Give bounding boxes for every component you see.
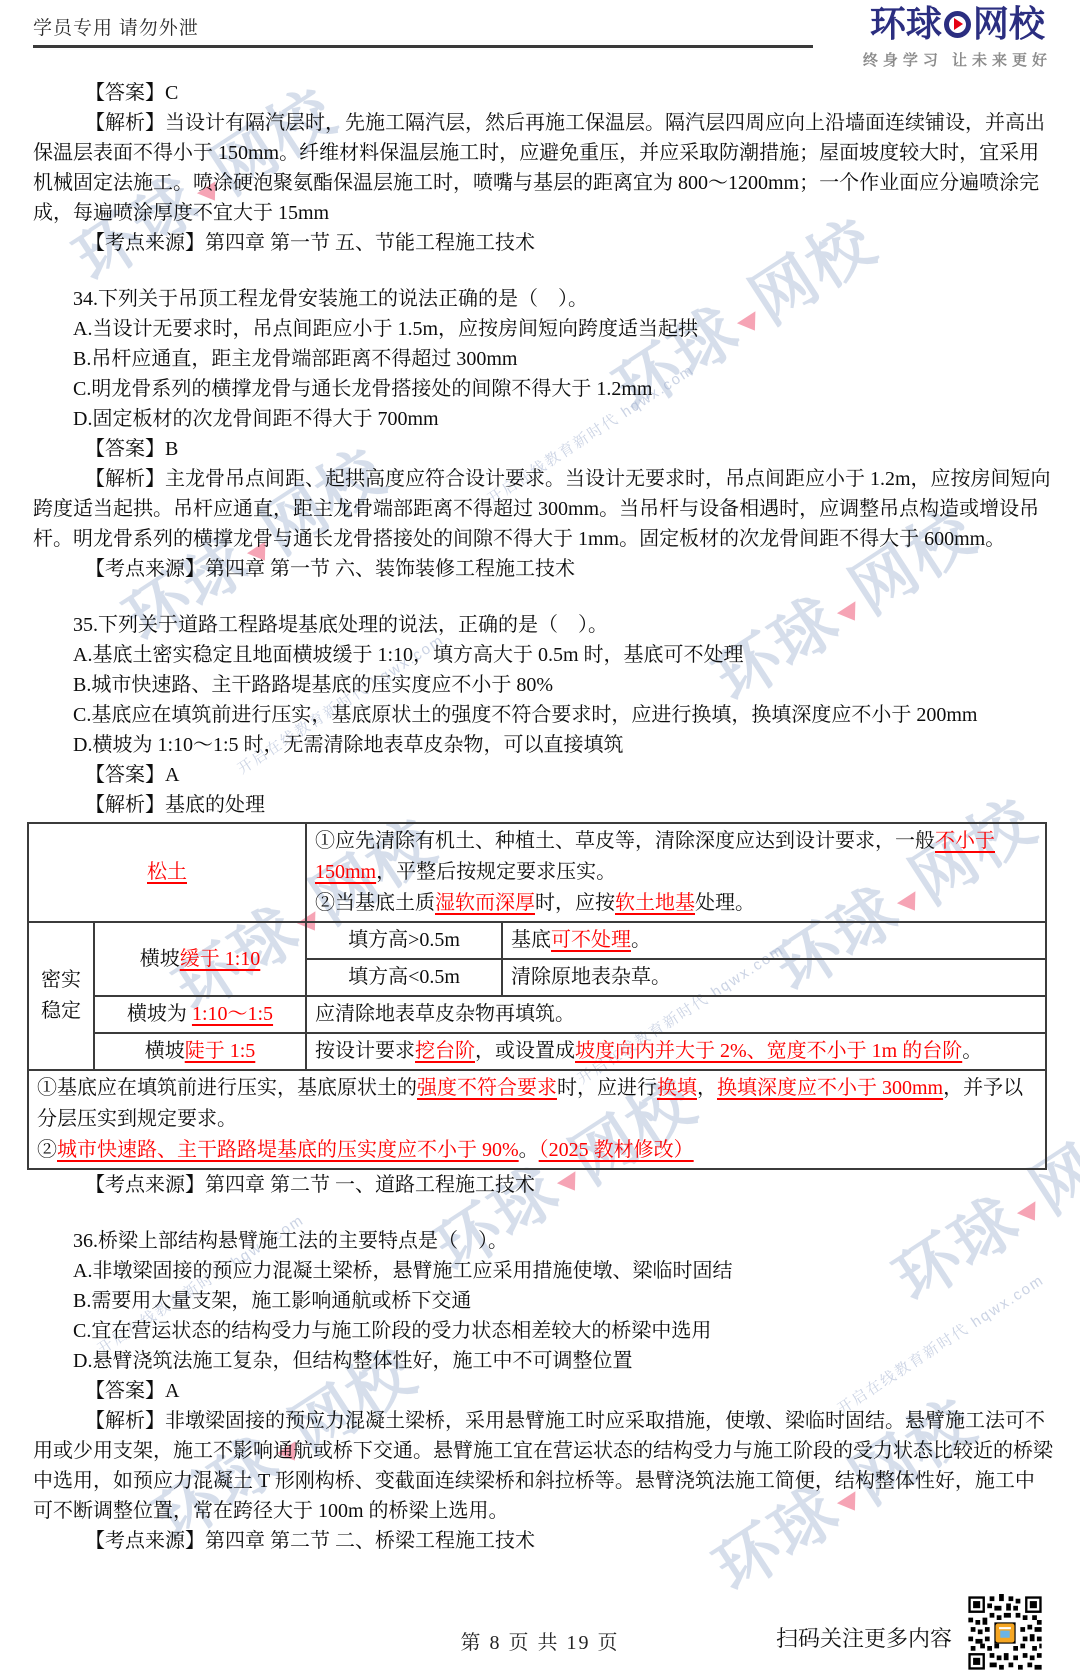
text-run: ②当基底土质	[315, 892, 435, 914]
text-run: 时，应进行	[557, 1077, 657, 1099]
highlight-run: 缓于 1:10	[180, 948, 261, 970]
question-36-option-a: A.非墩梁固接的预应力混凝土梁桥，悬臂施工应采用措施使墩、梁临时固结	[33, 1256, 1053, 1286]
cell-slope-steeper: 横坡陡于 1:5	[94, 1033, 306, 1070]
text-run: 时，应按	[535, 892, 615, 914]
text-run: 。	[631, 929, 651, 951]
dense-label-line1: 密实	[37, 965, 85, 996]
source-q35: 【考点来源】第四章 第二节 一、道路工程施工技术	[33, 1170, 1053, 1200]
logo-part2: 网校	[973, 4, 1045, 44]
question-35-option-c: C.基底应在填筑前进行压实，基底原状土的强度不符合要求时，应进行换填，换填深度应…	[33, 700, 1053, 730]
table-row: ①基底应在填筑前进行压实，基底原状土的强度不符合要求时，应进行换填，换填深度应不…	[28, 1070, 1046, 1169]
header-divider	[33, 45, 813, 48]
highlight-run: 强度不符合要求	[417, 1077, 557, 1099]
text-run: 按设计要求	[315, 1040, 415, 1062]
qr-caption: 扫码关注更多内容	[776, 1624, 952, 1654]
answer-q36: 【答案】A	[33, 1376, 1053, 1406]
dense-label-line2: 稳定	[37, 996, 85, 1027]
text-run: ①应先清除有机土、种植土、草皮等，清除深度应达到设计要求，一般	[315, 830, 935, 852]
analysis-q36: 【解析】非墩梁固接的预应力混凝土梁桥，采用悬臂施工时应采取措施，使墩、梁临时固结…	[33, 1406, 1053, 1526]
qr-code	[966, 1594, 1044, 1672]
text-run: ②	[37, 1139, 57, 1161]
question-35-option-a: A.基底土密实稳定且地面横坡缓于 1:10，填方高大于 0.5m 时，基底可不处…	[33, 640, 1053, 670]
text-run: 横坡	[145, 1040, 185, 1062]
logo-part1: 环球	[870, 4, 942, 44]
cell-loose-soil-treatment: ①应先清除有机土、种植土、草皮等，清除深度应达到设计要求，一般不小于 150mm…	[306, 823, 1046, 922]
cell-dense-stable: 密实 稳定	[28, 922, 94, 1070]
analysis-q35-label: 【解析】基底的处理	[33, 790, 1053, 820]
question-36-option-b: B.需要用大量支架，施工影响通航或桥下交通	[33, 1286, 1053, 1316]
table-row: 横坡陡于 1:5 按设计要求挖台阶，或设置成坡度向内并大于 2%、宽度不小于 1…	[28, 1033, 1046, 1070]
highlight-run: 1:10～1:5	[192, 1003, 273, 1025]
highlight-run: 挖台阶	[415, 1040, 475, 1062]
highlight-run: 陡于 1:5	[185, 1040, 256, 1062]
text-run: ，	[697, 1077, 717, 1099]
highlight-run: 换填	[657, 1077, 697, 1099]
brand-logo-text: 环球 网校	[863, 4, 1052, 44]
note-line-1: ①基底应在填筑前进行压实，基底原状土的强度不符合要求时，应进行换填，换填深度应不…	[37, 1073, 1037, 1135]
highlight-run: 软土地基	[615, 892, 695, 914]
cell-slope-gentler: 横坡缓于 1:10	[94, 922, 306, 996]
cell-act-mid: 应清除地表草皮杂物再填筑。	[306, 996, 1046, 1033]
cell-fill-gt: 填方高>0.5m	[306, 922, 502, 959]
subgrade-treatment-table: 松土 ①应先清除有机土、种植土、草皮等，清除深度应达到设计要求，一般不小于 15…	[27, 822, 1047, 1170]
source-q36: 【考点来源】第四章 第二节 二、桥梁工程施工技术	[33, 1526, 1053, 1556]
document-content: 【答案】C 【解析】当设计有隔汽层时，先施工隔汽层，然后再施工保温层。隔汽层四周…	[0, 72, 1080, 1556]
highlight-run: 换填深度应不小于 300mm	[717, 1077, 943, 1099]
text-run: 。	[519, 1139, 539, 1161]
cell-act-gt: 基底可不处理。	[502, 922, 1046, 959]
text-run: 基底	[511, 929, 551, 951]
cell-act-lt: 清除原地表杂草。	[502, 959, 1046, 996]
text-run: ，或设置成	[475, 1040, 575, 1062]
highlight-run: 湿软而深厚	[435, 892, 535, 914]
brand-logo: 环球 网校 终身学习 让未来更好	[863, 4, 1052, 76]
treatment-line-1: ①应先清除有机土、种植土、草皮等，清除深度应达到设计要求，一般不小于 150mm…	[315, 826, 1037, 888]
question-35-option-d: D.横坡为 1:10～1:5 时，无需清除地表草皮杂物，可以直接填筑	[33, 730, 1053, 760]
table-row: 密实 稳定 横坡缓于 1:10 填方高>0.5m 基底可不处理。	[28, 922, 1046, 959]
highlight-run: 可不处理	[551, 929, 631, 951]
text-run: 横坡	[140, 948, 180, 970]
question-36-option-c: C.宜在营运状态的结构受力与施工阶段的受力状态相差较大的桥梁中选用	[33, 1316, 1053, 1346]
question-34-option-d: D.固定板材的次龙骨间距不得大于 700mm	[33, 404, 1053, 434]
cell-table-notes: ①基底应在填筑前进行压实，基底原状土的强度不符合要求时，应进行换填，换填深度应不…	[28, 1070, 1046, 1169]
confidential-note: 学员专用 请勿外泄	[33, 14, 199, 44]
text-run: 处理。	[695, 892, 755, 914]
question-36-stem: 36.桥梁上部结构悬臂施工法的主要特点是（ ）。	[33, 1226, 1053, 1256]
highlight-run: 城市快速路、主干路路堤基底的压实度应不小于 90%	[57, 1139, 519, 1161]
table-row: 松土 ①应先清除有机土、种植土、草皮等，清除深度应达到设计要求，一般不小于 15…	[28, 823, 1046, 922]
document-page: 环球网校 环球网校 开启在线教育新时代 hqwx.com 环球网校 环球网校 开…	[0, 0, 1080, 1674]
question-34-option-c: C.明龙骨系列的横撑龙骨与通长龙骨搭接处的间隙不得大于 1.2mm	[33, 374, 1053, 404]
question-34-option-b: B.吊杆应通直，距主龙骨端部距离不得超过 300mm	[33, 344, 1053, 374]
source-q34: 【考点来源】第四章 第一节 六、装饰装修工程施工技术	[33, 554, 1053, 584]
treatment-line-2: ②当基底土质湿软而深厚时，应按软土地基处理。	[315, 888, 1037, 919]
cell-fill-lt: 填方高<0.5m	[306, 959, 502, 996]
question-34-option-a: A.当设计无要求时，吊点间距应小于 1.5m，应按房间短向跨度适当起拱	[33, 314, 1053, 344]
cell-slope-mid: 横坡为 1:10～1:5	[94, 996, 306, 1033]
table-row: 横坡为 1:10～1:5 应清除地表草皮杂物再填筑。	[28, 996, 1046, 1033]
cell-loose-soil: 松土	[28, 823, 306, 922]
text-run: 。	[962, 1040, 982, 1062]
text-run: ①基底应在填筑前进行压实，基底原状土的	[37, 1077, 417, 1099]
highlight-run: （2025 教材修改）	[539, 1139, 694, 1161]
answer-q33: 【答案】C	[33, 78, 1053, 108]
source-q33: 【考点来源】第四章 第一节 五、节能工程施工技术	[33, 228, 1053, 258]
highlight-run: 坡度向内并大于 2%、宽度不小于 1m 的台阶	[575, 1040, 962, 1062]
answer-q35: 【答案】A	[33, 760, 1053, 790]
text-run: 横坡为	[127, 1003, 192, 1025]
text-run: ，平整后按规定要求压实。	[376, 861, 616, 883]
answer-q34: 【答案】B	[33, 434, 1053, 464]
play-circle-icon	[944, 11, 971, 38]
question-35-stem: 35.下列关于道路工程路堤基底处理的说法，正确的是（ ）。	[33, 610, 1053, 640]
analysis-q34: 【解析】主龙骨吊点间距、起拱高度应符合设计要求。当设计无要求时，吊点间距应小于 …	[33, 464, 1053, 554]
loose-soil-label: 松土	[147, 861, 187, 883]
question-34-stem: 34.下列关于吊顶工程龙骨安装施工的说法正确的是（ ）。	[33, 284, 1053, 314]
question-36-option-d: D.悬臂浇筑法施工复杂，但结构整体性好，施工中不可调整位置	[33, 1346, 1053, 1376]
cell-act-steeper: 按设计要求挖台阶，或设置成坡度向内并大于 2%、宽度不小于 1m 的台阶。	[306, 1033, 1046, 1070]
note-line-2: ②城市快速路、主干路路堤基底的压实度应不小于 90%。（2025 教材修改）	[37, 1135, 1037, 1166]
page-header: 学员专用 请勿外泄 环球 网校 终身学习 让未来更好	[0, 0, 1080, 72]
question-35-option-b: B.城市快速路、主干路路堤基底的压实度应不小于 80%	[33, 670, 1053, 700]
analysis-q33: 【解析】当设计有隔汽层时，先施工隔汽层，然后再施工保温层。隔汽层四周应向上沿墙面…	[33, 108, 1053, 228]
